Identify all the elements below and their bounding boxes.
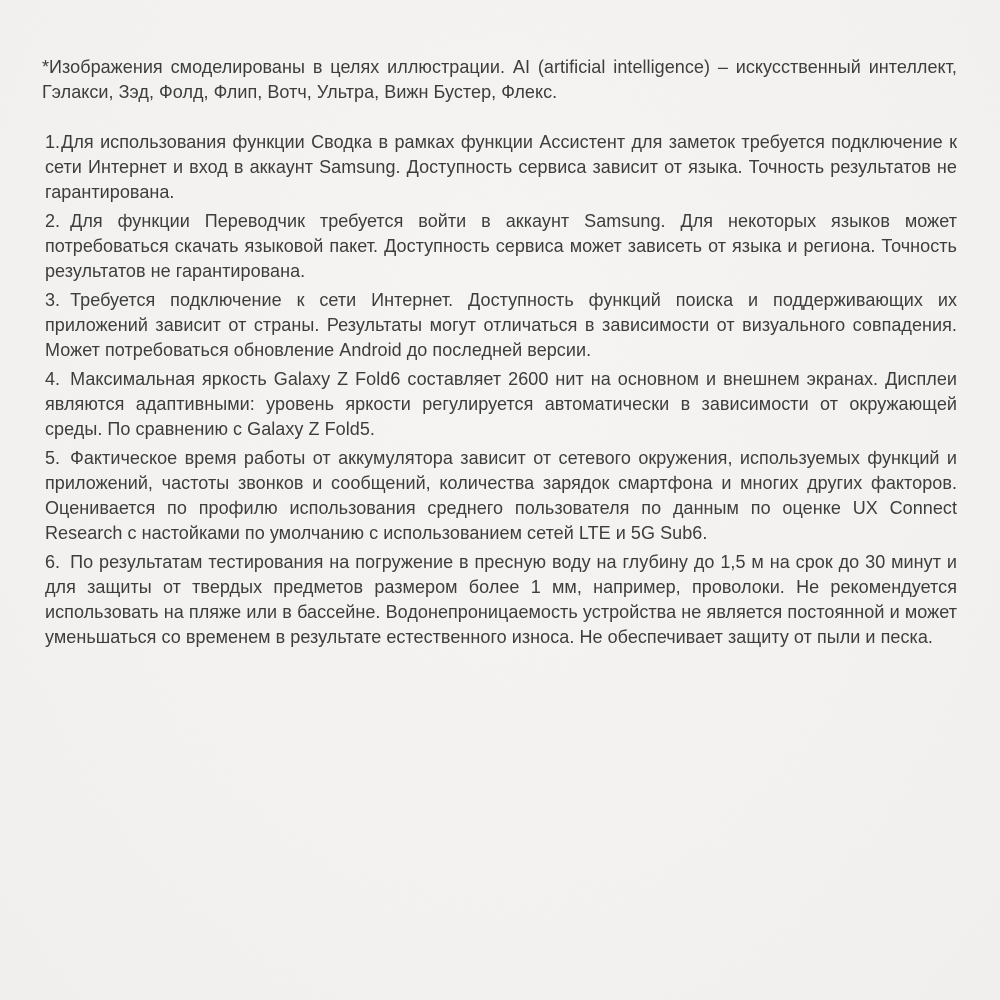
footnote-text: Для функции Переводчик требуется войти в… [45,211,957,281]
footnote-text: Требуется подключение к сети Интернет. Д… [45,290,957,360]
intro-disclaimer: *Изображения смоделированы в целях иллюс… [42,55,957,105]
footnote-item: 2.Для функции Переводчик требуется войти… [42,209,957,284]
footnote-number: 3. [45,290,60,310]
footnote-number: 2. [45,211,60,231]
footnote-item: 5.Фактическое время работы от аккумулято… [42,446,957,546]
footnote-text: По результатам тестирования на погружени… [45,552,957,647]
footnote-text: Максимальная яркость Galaxy Z Fold6 сост… [45,369,957,439]
footnote-list: 1.Для использования функции Сводка в рам… [42,130,957,650]
disclaimer-content: *Изображения смоделированы в целях иллюс… [42,55,957,654]
footnote-text: Для использования функции Сводка в рамка… [45,132,957,202]
page-background: *Изображения смоделированы в целях иллюс… [0,0,1000,1000]
footnote-number: 5. [45,448,60,468]
footnote-number: 4. [45,369,60,389]
footnote-number: 1. [45,132,60,152]
footnote-item: 6.По результатам тестирования на погруже… [42,550,957,650]
footnote-item: 4.Максимальная яркость Galaxy Z Fold6 со… [42,367,957,442]
footnote-item: 3.Требуется подключение к сети Интернет.… [42,288,957,363]
footnote-text: Фактическое время работы от аккумулятора… [45,448,957,543]
footnote-item: 1.Для использования функции Сводка в рам… [42,130,957,205]
footnote-number: 6. [45,552,60,572]
